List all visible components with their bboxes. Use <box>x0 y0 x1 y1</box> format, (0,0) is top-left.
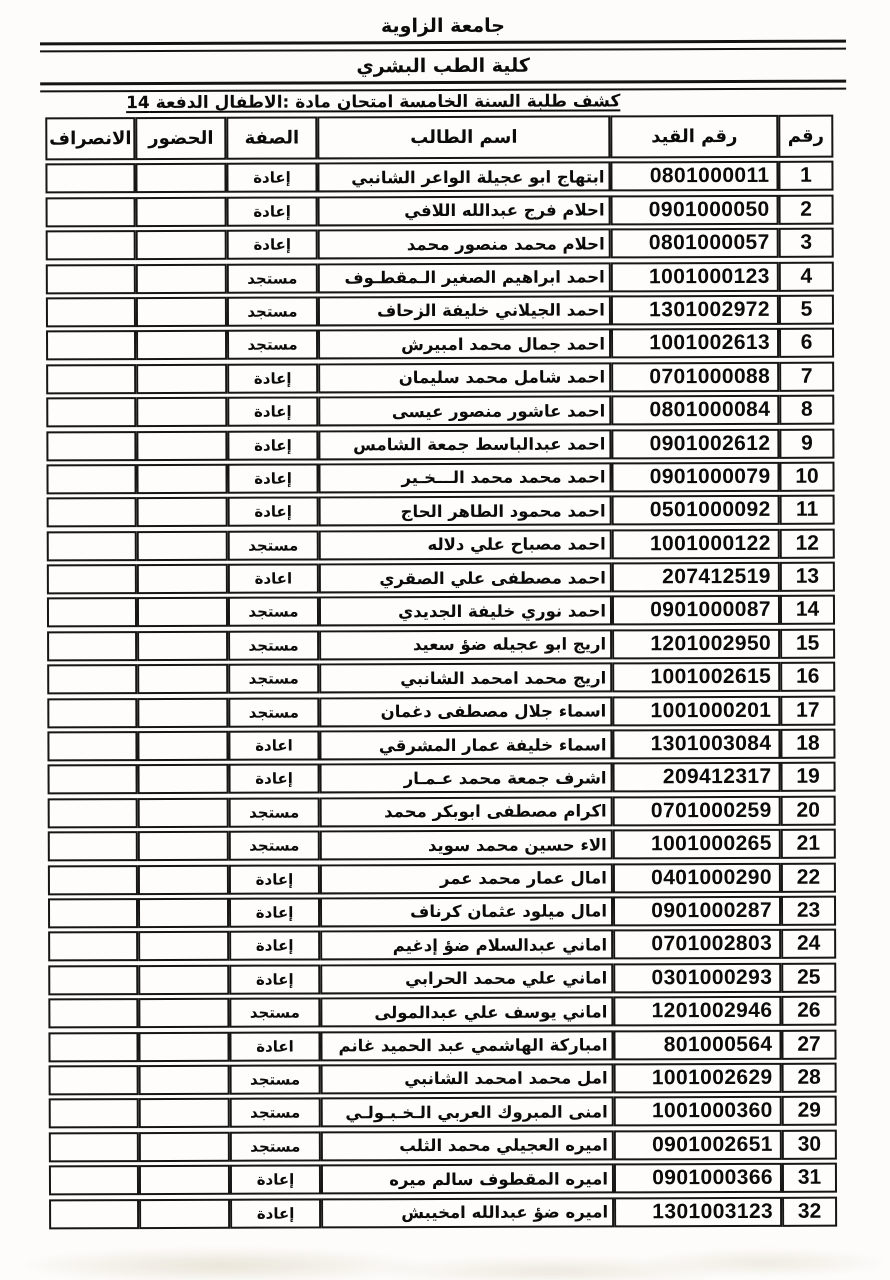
cell-student-name: اريج ابو عجيله ضؤ سعيد <box>319 629 612 660</box>
cell-attendance <box>137 664 228 694</box>
cell-departure <box>46 197 136 227</box>
cell-student-name: اريج محمد امحمد الشانبي <box>319 663 612 694</box>
cell-no: 8 <box>779 395 834 425</box>
cell-reg-no: 0901000079 <box>611 462 779 493</box>
cell-no: 22 <box>781 862 836 892</box>
cell-reg-no: 1001000123 <box>611 261 779 292</box>
cell-no: 28 <box>782 1063 837 1093</box>
cell-reg-no: 801000564 <box>613 1029 781 1060</box>
table-row: 27 801000564 امباركة الهاشمي عبد الحميد … <box>48 1029 836 1062</box>
cell-departure <box>48 1032 138 1062</box>
cell-no: 16 <box>780 662 835 692</box>
cell-attendance <box>138 931 229 961</box>
cell-reg-no: 0901002612 <box>611 428 779 459</box>
cell-student-name: اماني عبدالسلام ضؤ إدغيم <box>320 930 613 961</box>
cell-status: اعادة <box>228 730 319 760</box>
cell-attendance <box>139 1131 230 1161</box>
cell-attendance <box>137 597 228 627</box>
cell-attendance <box>137 731 228 761</box>
table-row: 2 0901000050 احلام فرج عبدالله اللافي إع… <box>46 194 834 227</box>
cell-attendance <box>137 697 228 727</box>
table-row: 6 1001002613 احمد جمال محمد امبيرش مستجد <box>46 328 834 361</box>
cell-no: 2 <box>779 194 834 224</box>
cell-reg-no: 1301002972 <box>611 295 779 326</box>
cell-no: 32 <box>782 1196 837 1226</box>
cell-departure <box>48 798 138 828</box>
cell-departure <box>47 631 137 661</box>
cell-student-name: ابتهاج ابو عجيلة الواعر الشانبي <box>317 162 610 193</box>
table-row: 24 0701002803 اماني عبدالسلام ضؤ إدغيم إ… <box>48 929 836 962</box>
cell-status: مستجد <box>230 1098 321 1128</box>
table-row: 16 1001002615 اريج محمد امحمد الشانبي مس… <box>47 662 835 695</box>
cell-student-name: احمد الجيلاني خليفة الزحاف <box>318 295 611 326</box>
cell-reg-no: 0701000088 <box>611 362 779 393</box>
cell-status: إعادة <box>229 964 320 994</box>
cell-attendance <box>136 397 227 427</box>
cell-attendance <box>138 798 229 828</box>
table-row: 28 1001002629 امل محمد امحمد الشانبي مست… <box>49 1063 837 1096</box>
cell-departure <box>47 698 137 728</box>
cell-attendance <box>136 263 227 293</box>
table-row: 4 1001000123 احمد ابراهيم الصغير الـمقطـ… <box>46 261 834 294</box>
cell-reg-no: 0901000287 <box>613 896 781 927</box>
cell-status: مستجد <box>228 597 319 627</box>
cell-attendance <box>138 764 229 794</box>
cell-student-name: اسماء خليفة عمار المشرقي <box>319 729 612 760</box>
cell-reg-no: 207412519 <box>612 562 780 593</box>
table-row: 5 1301002972 احمد الجيلاني خليفة الزحاف … <box>46 295 834 328</box>
cell-reg-no: 209412317 <box>613 762 781 793</box>
cell-attendance <box>135 163 226 193</box>
cell-status: مستجد <box>228 697 319 727</box>
cell-status: اعادة <box>229 1031 320 1061</box>
cell-attendance <box>137 631 228 661</box>
cell-attendance <box>136 430 227 460</box>
cell-departure <box>46 230 136 260</box>
cell-status: إعادة <box>227 363 318 393</box>
cell-reg-no: 1001002629 <box>614 1063 782 1094</box>
cell-departure <box>48 965 138 995</box>
cell-reg-no: 1201002946 <box>613 996 781 1027</box>
cell-student-name: اشرف جمعة محمد عـمـار <box>320 763 613 794</box>
cell-student-name: احمد مصباح علي دلاله <box>319 529 612 560</box>
cell-departure <box>48 998 138 1028</box>
cell-attendance <box>137 497 228 527</box>
cell-departure <box>47 497 137 527</box>
cell-departure <box>47 564 137 594</box>
cell-no: 17 <box>780 695 835 725</box>
cell-student-name: احلام فرج عبدالله اللافي <box>318 195 611 226</box>
cell-no: 29 <box>782 1096 837 1126</box>
table-row: 31 0901000366 اميره المقطوف سالم ميره إع… <box>49 1163 837 1196</box>
cell-no: 19 <box>781 762 836 792</box>
cell-student-name: احمد ابراهيم الصغير الـمقطـوف <box>318 262 611 293</box>
cell-departure <box>49 1165 139 1195</box>
cell-reg-no: 0701002803 <box>613 929 781 960</box>
cell-student-name: امباركة الهاشمي عبد الحميد غانم <box>320 1030 613 1061</box>
cell-departure <box>49 1098 139 1128</box>
table-row: 10 0901000079 احمد محمد محمد الـــخـير إ… <box>46 462 834 495</box>
cell-departure <box>49 1199 139 1229</box>
cell-student-name: احمد محمد محمد الـــخـير <box>318 462 611 493</box>
cell-attendance <box>136 464 227 494</box>
cell-student-name: احلام محمد منصور محمد <box>318 229 611 260</box>
cell-departure <box>46 264 136 294</box>
cell-reg-no: 1001000122 <box>612 529 780 560</box>
table-row: 23 0901000287 امال ميلود عثمان كرناف إعا… <box>48 896 836 929</box>
header-cell-status: الصفة <box>226 116 317 159</box>
cell-attendance <box>139 1198 230 1228</box>
table-row: 8 0801000084 احمد عاشور منصور عيسى إعادة <box>46 395 834 428</box>
header-cell-student-name: اسم الطالب <box>317 115 610 159</box>
cell-no: 30 <box>782 1129 837 1159</box>
cell-no: 24 <box>781 929 836 959</box>
cell-no: 7 <box>779 361 834 391</box>
cell-student-name: احمد نوري خليفة الجديدي <box>319 596 612 627</box>
cell-reg-no: 0901000050 <box>611 195 779 226</box>
table-row: 18 1301003084 اسماء خليفة عمار المشرقي ا… <box>47 729 835 762</box>
cell-departure <box>46 397 136 427</box>
header-cell-departure: الانصراف <box>45 117 135 160</box>
cell-attendance <box>136 230 227 260</box>
cell-student-name: احمد عاشور منصور عيسى <box>318 396 611 427</box>
cell-status: مستجد <box>229 998 320 1028</box>
cell-reg-no: 0901002651 <box>614 1130 782 1161</box>
cell-departure <box>46 297 136 327</box>
cell-attendance <box>138 864 229 894</box>
table-row: 19 209412317 اشرف جمعة محمد عـمـار إعادة <box>48 762 836 795</box>
cell-no: 4 <box>779 261 834 291</box>
table-row: 7 0701000088 احمد شامل محمد سليمان إعادة <box>46 361 834 394</box>
cell-status: إعادة <box>227 430 318 460</box>
cell-no: 1 <box>778 161 833 191</box>
cell-departure <box>47 664 137 694</box>
cell-attendance <box>139 1165 230 1195</box>
cell-no: 10 <box>779 462 834 492</box>
table-row: 3 0801000057 احلام محمد منصور محمد إعادة <box>46 228 834 261</box>
table-row: 11 0501000092 احمد محمود الطاهر الحاج إع… <box>47 495 835 528</box>
cell-reg-no: 1301003123 <box>614 1196 782 1227</box>
cell-student-name: اسماء جلال مصطفى دغمان <box>319 696 612 727</box>
cell-departure <box>48 898 138 928</box>
cell-reg-no: 0901000087 <box>612 595 780 626</box>
cell-no: 27 <box>781 1029 836 1059</box>
cell-reg-no: 1001002615 <box>612 662 780 693</box>
table-row: 21 1001000265 الاء حسين محمد سويد مستجد <box>48 829 836 862</box>
cell-reg-no: 0501000092 <box>612 495 780 526</box>
cell-status: مستجد <box>229 797 320 827</box>
table-row: 12 1001000122 احمد مصباح علي دلاله مستجد <box>47 528 835 561</box>
cell-reg-no: 0401000290 <box>613 862 781 893</box>
table-row: 32 1301003123 اميره ضؤ عبدالله امخيبش إع… <box>49 1196 837 1229</box>
cell-student-name: اميره العجيلي محمد الثلب <box>321 1130 614 1161</box>
students-table: رقم رقم القيد اسم الطالب الصفة الحضور ال… <box>45 115 837 1229</box>
cell-no: 18 <box>780 729 835 759</box>
header-cell-reg-no: رقم القيد <box>610 115 778 159</box>
cell-no: 31 <box>782 1163 837 1193</box>
cell-attendance <box>138 898 229 928</box>
cell-departure <box>49 1065 139 1095</box>
cell-student-name: احمد جمال محمد امبيرش <box>318 329 611 360</box>
table-row: 1 0801000011 ابتهاج ابو عجيلة الواعر الش… <box>45 161 833 194</box>
cell-no: 11 <box>780 495 835 525</box>
cell-reg-no: 1301003084 <box>612 729 780 760</box>
cell-student-name: امنى المبروك العربي الـخـبـولـي <box>321 1097 614 1128</box>
cell-reg-no: 1001002613 <box>611 328 779 359</box>
cell-no: 21 <box>781 829 836 859</box>
cell-status: إعادة <box>227 463 318 493</box>
cell-status: إعادة <box>227 196 318 226</box>
cell-departure <box>45 163 135 193</box>
cell-status: إعادة <box>230 1198 321 1228</box>
cell-status: مستجد <box>227 296 318 326</box>
cell-status: إعادة <box>229 931 320 961</box>
cell-status: إعادة <box>227 230 318 260</box>
cell-attendance <box>136 363 227 393</box>
table-row: 26 1201002946 اماني يوسف علي عبدالمولى م… <box>48 996 836 1029</box>
cell-reg-no: 0701000259 <box>613 796 781 827</box>
cell-reg-no: 1201002950 <box>612 629 780 660</box>
table-row: 20 0701000259 اكرام مصطفى ابوبكر محمد مس… <box>48 795 836 828</box>
faculty-name: كلية الطب البشري <box>0 52 888 79</box>
cell-no: 23 <box>781 896 836 926</box>
cell-student-name: امال عمار محمد عمر <box>320 863 613 894</box>
scanned-document: جامعة الزاوية كلية الطب البشري كشف طلبة … <box>0 0 890 1232</box>
cell-departure <box>47 731 137 761</box>
cell-attendance <box>139 1098 230 1128</box>
cell-departure <box>48 831 138 861</box>
cell-student-name: الاء حسين محمد سويد <box>320 830 613 861</box>
cell-status: إعادة <box>226 163 317 193</box>
divider-rule-bottom <box>40 80 846 93</box>
cell-status: مستجد <box>228 530 319 560</box>
cell-attendance <box>136 297 227 327</box>
cell-status: مستجد <box>227 330 318 360</box>
divider-rule-top <box>40 40 846 53</box>
cell-departure <box>46 364 136 394</box>
cell-status: إعادة <box>229 764 320 794</box>
cell-departure <box>48 931 138 961</box>
cell-reg-no: 0301000293 <box>613 963 781 994</box>
table-header-row: رقم رقم القيد اسم الطالب الصفة الحضور ال… <box>45 115 833 161</box>
cell-student-name: امال ميلود عثمان كرناف <box>320 896 613 927</box>
cell-departure <box>47 531 137 561</box>
cell-no: 26 <box>781 996 836 1026</box>
cell-status: مستجد <box>230 1064 321 1094</box>
table-row: 30 0901002651 اميره العجيلي محمد الثلب م… <box>49 1129 837 1162</box>
cell-status: مستجد <box>229 831 320 861</box>
table-row: 9 0901002612 احمد عبدالباسط جمعة الشامس … <box>46 428 834 461</box>
table-row: 14 0901000087 احمد نوري خليفة الجديدي مس… <box>47 595 835 628</box>
cell-no: 14 <box>780 595 835 625</box>
cell-status: إعادة <box>229 897 320 927</box>
cell-student-name: احمد شامل محمد سليمان <box>318 362 611 393</box>
cell-reg-no: 1001000201 <box>612 695 780 726</box>
cell-no: 15 <box>780 628 835 658</box>
cell-student-name: اماني يوسف علي عبدالمولى <box>320 997 613 1028</box>
cell-student-name: امل محمد امحمد الشانبي <box>321 1063 614 1094</box>
cell-reg-no: 0801000057 <box>611 228 779 259</box>
cell-attendance <box>139 1065 230 1095</box>
cell-status: إعادة <box>230 1165 321 1195</box>
cell-departure <box>46 464 136 494</box>
cell-reg-no: 1001000360 <box>614 1096 782 1127</box>
cell-no: 9 <box>779 428 834 458</box>
cell-reg-no: 0901000366 <box>614 1163 782 1194</box>
table-body: 1 0801000011 ابتهاج ابو عجيلة الواعر الش… <box>45 161 837 1229</box>
cell-attendance <box>137 530 228 560</box>
cell-no: 13 <box>780 562 835 592</box>
cell-status: مستجد <box>228 630 319 660</box>
cell-student-name: احمد محمود الطاهر الحاج <box>319 496 612 527</box>
cell-departure <box>46 431 136 461</box>
university-name: جامعة الزاوية <box>0 12 888 39</box>
cell-status: إعادة <box>227 397 318 427</box>
cell-reg-no: 0801000084 <box>611 395 779 426</box>
cell-reg-no: 1001000265 <box>613 829 781 860</box>
table-row: 29 1001000360 امنى المبروك العربي الـخـب… <box>49 1096 837 1129</box>
table-row: 17 1001000201 اسماء جلال مصطفى دغمان مست… <box>47 695 835 728</box>
cell-attendance <box>138 831 229 861</box>
cell-attendance <box>138 965 229 995</box>
table-row: 25 0301000293 اماني علي محمد الحرابي إعا… <box>48 962 836 995</box>
cell-status: مستجد <box>228 664 319 694</box>
cell-status: إعادة <box>229 864 320 894</box>
cell-attendance <box>138 998 229 1028</box>
header-cell-no: رقم <box>778 115 833 158</box>
cell-attendance <box>138 1031 229 1061</box>
cell-status: مستجد <box>230 1131 321 1161</box>
cell-student-name: اكرام مصطفى ابوبكر محمد <box>320 796 613 827</box>
cell-student-name: احمد عبدالباسط جمعة الشامس <box>318 429 611 460</box>
cell-attendance <box>136 197 227 227</box>
cell-reg-no: 0801000011 <box>610 161 778 192</box>
cell-attendance <box>136 330 227 360</box>
cell-student-name: اميره المقطوف سالم ميره <box>321 1164 614 1195</box>
cell-student-name: احمد مصطفى علي الصقري <box>319 562 612 593</box>
cell-status: إعادة <box>228 497 319 527</box>
cell-status: مستجد <box>227 263 318 293</box>
cell-departure <box>48 764 138 794</box>
cell-no: 25 <box>781 962 836 992</box>
table-row: 13 207412519 احمد مصطفى علي الصقري اعادة <box>47 562 835 595</box>
cell-departure <box>47 598 137 628</box>
cell-departure <box>46 330 136 360</box>
cell-no: 3 <box>779 228 834 258</box>
cell-departure <box>48 865 138 895</box>
cell-departure <box>49 1132 139 1162</box>
cell-attendance <box>137 564 228 594</box>
table-row: 22 0401000290 امال عمار محمد عمر إعادة <box>48 862 836 895</box>
cell-no: 5 <box>779 295 834 325</box>
table-row: 15 1201002950 اريج ابو عجيله ضؤ سعيد مست… <box>47 628 835 661</box>
cell-student-name: اماني علي محمد الحرابي <box>320 963 613 994</box>
cell-student-name: اميره ضؤ عبدالله امخيبش <box>321 1197 614 1228</box>
cell-no: 20 <box>781 795 836 825</box>
cell-no: 6 <box>779 328 834 358</box>
cell-status: اعادة <box>228 564 319 594</box>
header-cell-attendance: الحضور <box>135 117 226 160</box>
cell-no: 12 <box>780 528 835 558</box>
list-title: كشف طلبة السنة الخامسة امتحان مادة :الاط… <box>126 91 620 113</box>
